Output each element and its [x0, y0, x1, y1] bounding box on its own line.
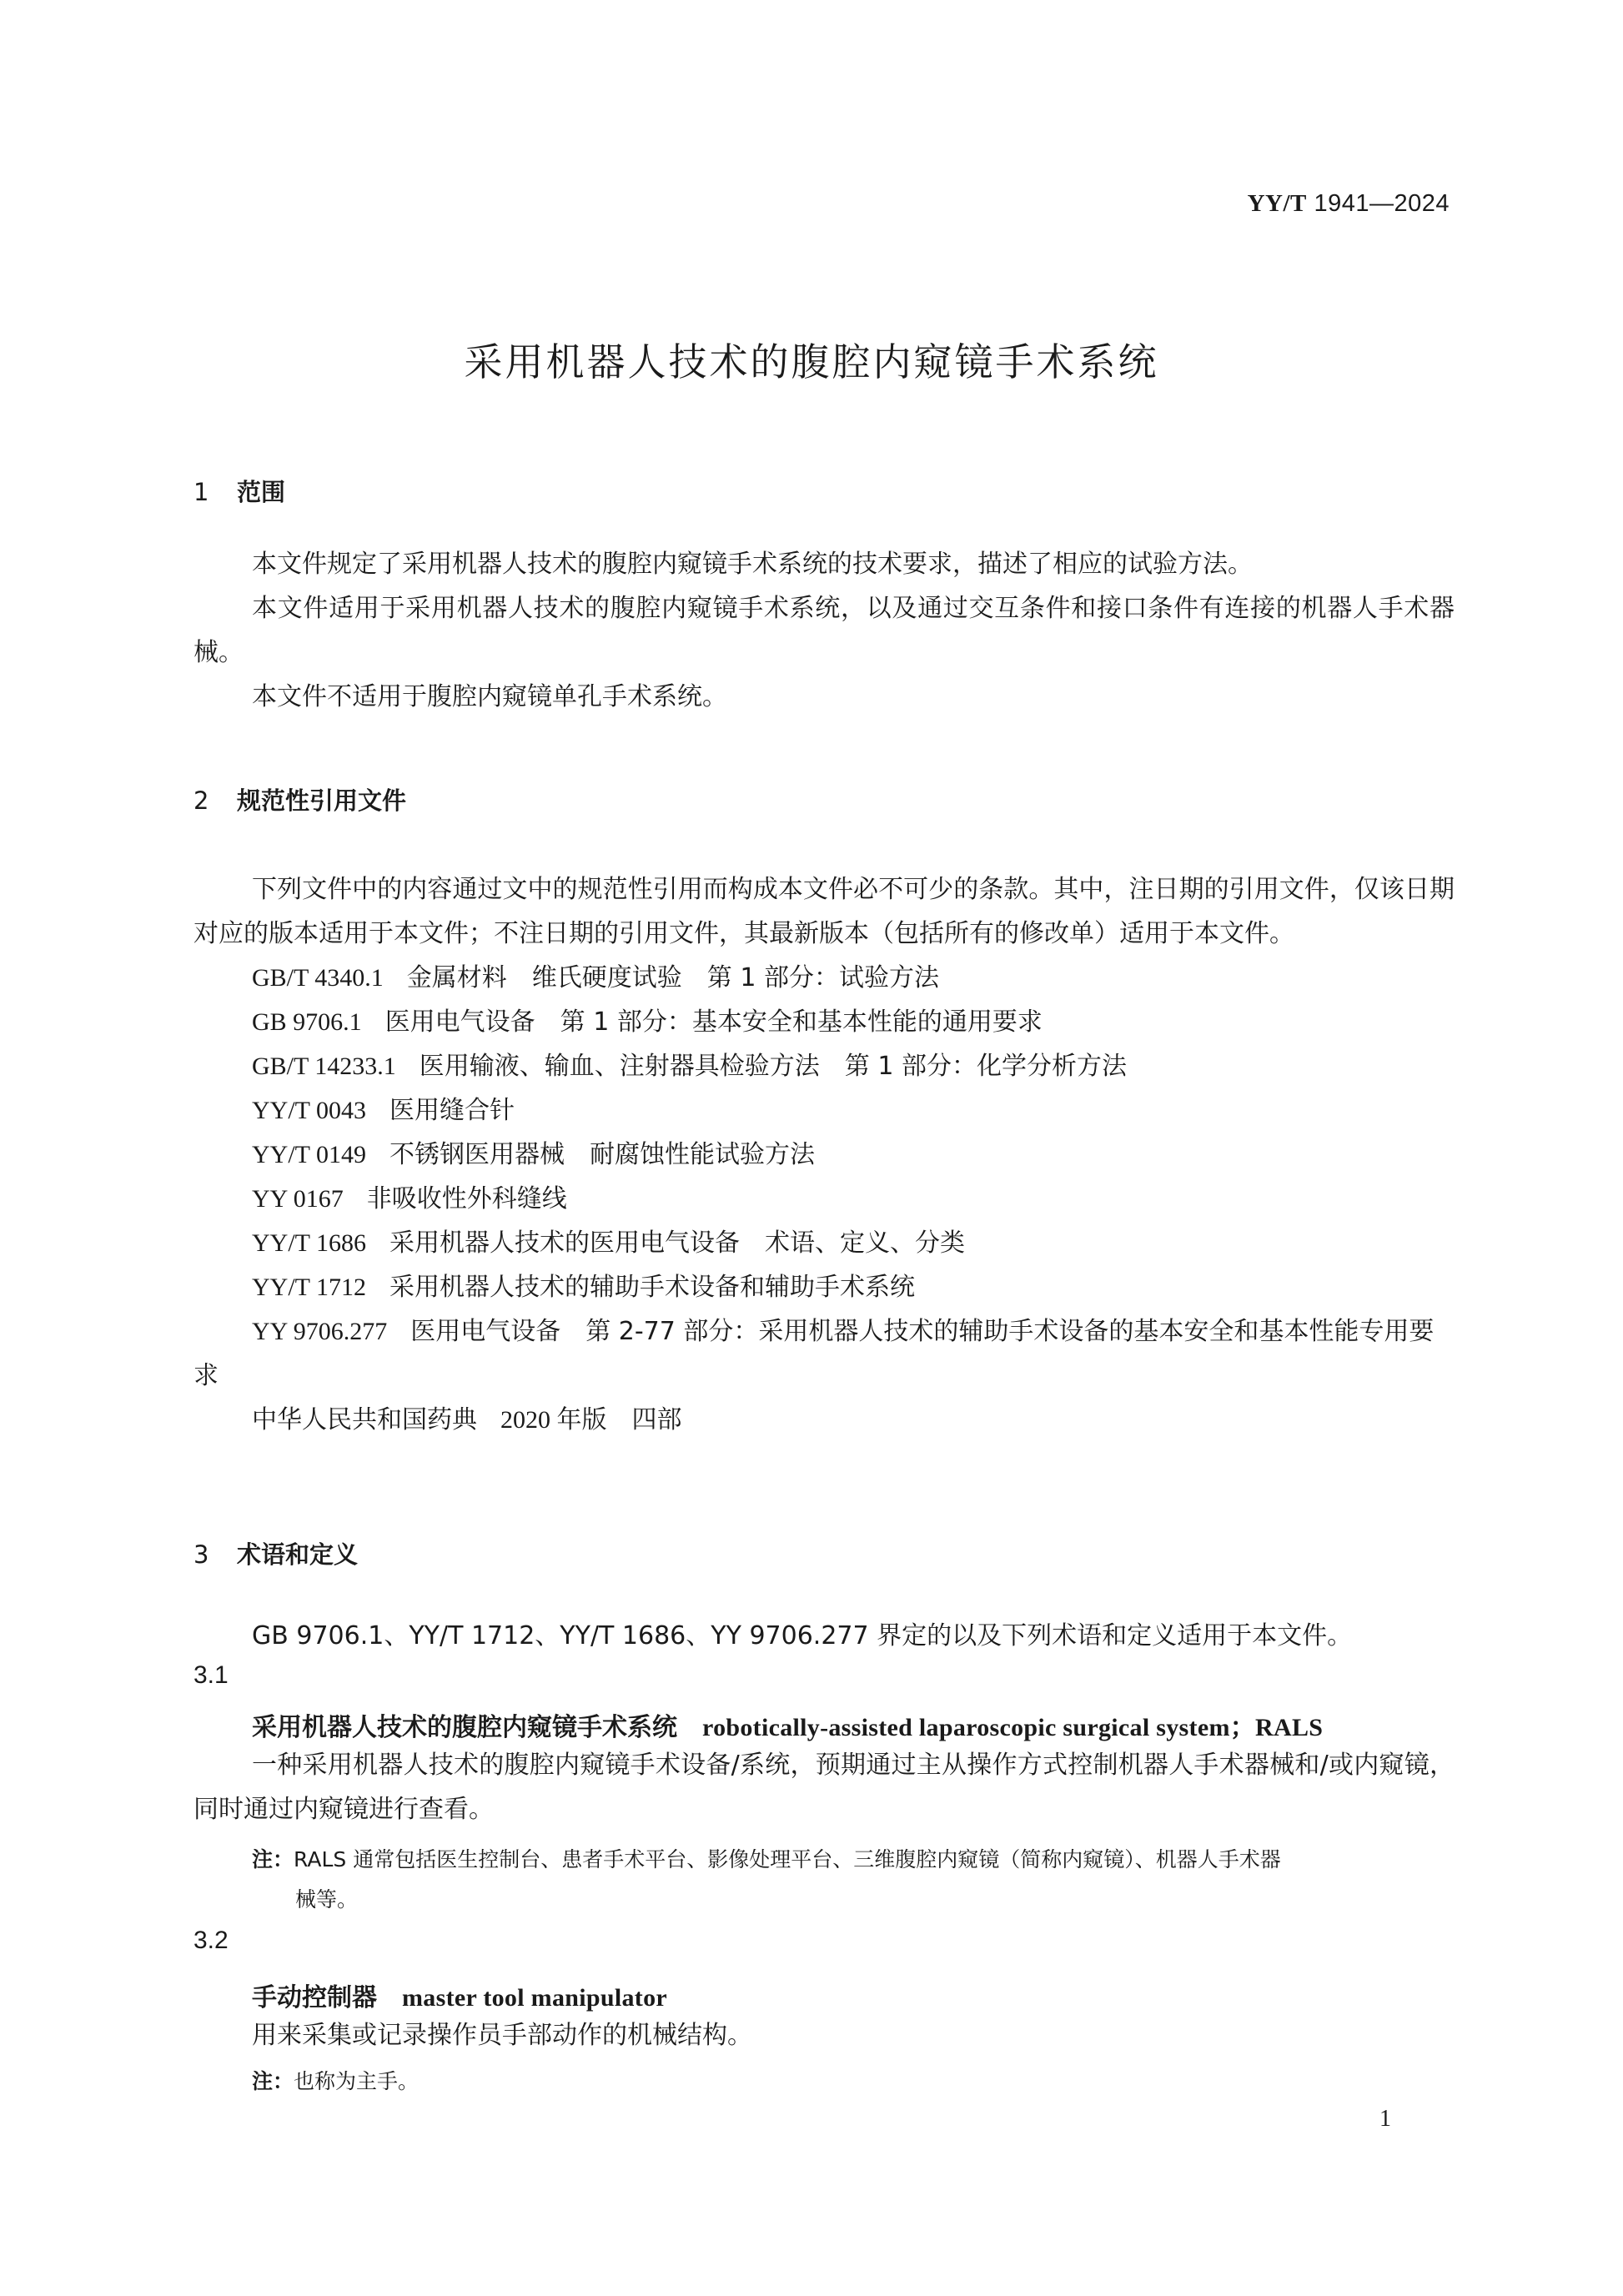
note-text-continued: 械等。 [252, 1880, 1455, 1920]
reference-title: 医用输液、输血、注射器具检验方法 第 1 部分：化学分析方法 [420, 1052, 1127, 1081]
reference-item: GB 9706.1医用电气设备 第 1 部分：基本安全和基本性能的通用要求 [193, 1000, 1455, 1044]
reference-code: YY/T 1712 [252, 1274, 366, 1301]
term-english: master tool manipulator [402, 1984, 667, 2012]
paragraph: 本文件规定了采用机器人技术的腹腔内窥镜手术系统的技术要求，描述了相应的试验方法。 [193, 542, 1455, 586]
reference-item: GB/T 4340.1金属材料 维氏硬度试验 第 1 部分：试验方法 [193, 956, 1455, 1000]
section-title: 术语和定义 [237, 1540, 358, 1569]
reference-list: GB/T 4340.1金属材料 维氏硬度试验 第 1 部分：试验方法 GB 97… [193, 956, 1455, 1442]
standard-code: YY/T 1941—2024 [1248, 190, 1450, 218]
reference-title: 2020 年版 四部 [500, 1406, 682, 1434]
term-chinese: 采用机器人技术的腹腔内窥镜手术系统 [252, 1713, 677, 1742]
reference-code: GB 9706.1 [252, 1008, 362, 1036]
reference-item: YY 9706.277医用电气设备 第 2-77 部分：采用机器人技术的辅助手术… [193, 1309, 1455, 1398]
reference-code: GB/T 14233.1 [252, 1053, 396, 1080]
reference-code: YY 9706.277 [252, 1318, 387, 1345]
reference-code: YY 0167 [252, 1185, 344, 1213]
section-2-body: 下列文件中的内容通过文中的规范性引用而构成本文件必不可少的条款。其中，注日期的引… [193, 867, 1455, 1442]
standard-number: 1941—2024 [1314, 190, 1450, 217]
reference-title: 医用电气设备 第 1 部分：基本安全和基本性能的通用要求 [385, 1007, 1043, 1037]
term-english: robotically-assisted laparoscopic surgic… [702, 1714, 1323, 1741]
paragraph: 本文件适用于采用机器人技术的腹腔内窥镜手术系统，以及通过交互条件和接口条件有连接… [193, 586, 1455, 675]
paragraph: 本文件不适用于腹腔内窥镜单孔手术系统。 [193, 675, 1455, 719]
section-2-heading: 2规范性引用文件 [193, 782, 406, 816]
reference-code: YY/T 0149 [252, 1141, 366, 1168]
note-text: RALS 通常包括医生控制台、患者手术平台、影像处理平台、三维腹腔内窥镜（简称内… [294, 1847, 1281, 1871]
section-number: 1 [193, 478, 237, 506]
reference-title: 医用缝合针 [389, 1096, 515, 1125]
section-number: 2 [193, 786, 237, 815]
note-text: 也称为主手。 [294, 2069, 419, 2093]
term-chinese: 手动控制器 [252, 1983, 377, 2012]
reference-item: 中华人民共和国药典2020 年版 四部 [193, 1398, 1455, 1442]
reference-item: YY/T 0149不锈钢医用器械 耐腐蚀性能试验方法 [193, 1133, 1455, 1177]
clause-number: 3.2 [193, 1927, 229, 1955]
definition-text: 用来采集或记录操作员手部动作的机械结构。 [193, 2013, 1455, 2057]
reference-title: 金属材料 维氏硬度试验 第 1 部分：试验方法 [407, 963, 939, 992]
document-title: 采用机器人技术的腹腔内窥镜手术系统 [0, 332, 1623, 387]
term-note: 注：RALS 通常包括医生控制台、患者手术平台、影像处理平台、三维腹腔内窥镜（简… [252, 1840, 1455, 1920]
reference-title: 不锈钢医用器械 耐腐蚀性能试验方法 [389, 1140, 815, 1169]
term-definition: 一种采用机器人技术的腹腔内窥镜手术设备/系统，预期通过主从操作方式控制机器人手术… [193, 1743, 1455, 1831]
clause-number: 3.1 [193, 1661, 229, 1690]
term-heading: 采用机器人技术的腹腔内窥镜手术系统robotically-assisted la… [252, 1706, 1323, 1743]
reference-item: GB/T 14233.1医用输液、输血、注射器具检验方法 第 1 部分：化学分析… [193, 1044, 1455, 1088]
reference-code: YY/T 1686 [252, 1229, 366, 1257]
reference-title: 采用机器人技术的辅助手术设备和辅助手术系统 [389, 1273, 915, 1302]
reference-item: YY/T 1686采用机器人技术的医用电气设备 术语、定义、分类 [193, 1221, 1455, 1265]
section-3-heading: 3术语和定义 [193, 1536, 358, 1570]
section-1-body: 本文件规定了采用机器人技术的腹腔内窥镜手术系统的技术要求，描述了相应的试验方法。… [193, 542, 1455, 719]
reference-item: YY/T 0043医用缝合针 [193, 1088, 1455, 1133]
standard-prefix: YY/T [1248, 190, 1307, 217]
reference-title: 采用机器人技术的医用电气设备 术语、定义、分类 [389, 1228, 965, 1258]
note-label: 注： [252, 1847, 294, 1871]
reference-code: GB/T 4340.1 [252, 964, 384, 992]
term-heading: 手动控制器master tool manipulator [252, 1977, 667, 2013]
document-page: YY/T 1941—2024 采用机器人技术的腹腔内窥镜手术系统 1范围 本文件… [0, 0, 1623, 2296]
section-3-intro: GB 9706.1、YY/T 1712、YY/T 1686、YY 9706.27… [193, 1614, 1455, 1658]
section-title: 规范性引用文件 [237, 786, 406, 815]
paragraph: 下列文件中的内容通过文中的规范性引用而构成本文件必不可少的条款。其中，注日期的引… [193, 867, 1455, 956]
reference-code: 中华人民共和国药典 [252, 1405, 477, 1434]
term-note: 注：也称为主手。 [252, 2062, 1455, 2102]
page-number: 1 [1379, 2106, 1391, 2133]
reference-item: YY/T 1712采用机器人技术的辅助手术设备和辅助手术系统 [193, 1265, 1455, 1309]
term-definition: 用来采集或记录操作员手部动作的机械结构。 [193, 2013, 1455, 2057]
section-number: 3 [193, 1540, 237, 1569]
section-title: 范围 [237, 478, 285, 506]
reference-code: YY/T 0043 [252, 1097, 366, 1124]
definition-text: 一种采用机器人技术的腹腔内窥镜手术设备/系统，预期通过主从操作方式控制机器人手术… [193, 1743, 1455, 1831]
reference-title: 非吸收性外科缝线 [367, 1184, 567, 1213]
note-label: 注： [252, 2069, 294, 2093]
reference-item: YY 0167非吸收性外科缝线 [193, 1177, 1455, 1221]
section-1-heading: 1范围 [193, 474, 285, 508]
paragraph: GB 9706.1、YY/T 1712、YY/T 1686、YY 9706.27… [193, 1614, 1455, 1658]
